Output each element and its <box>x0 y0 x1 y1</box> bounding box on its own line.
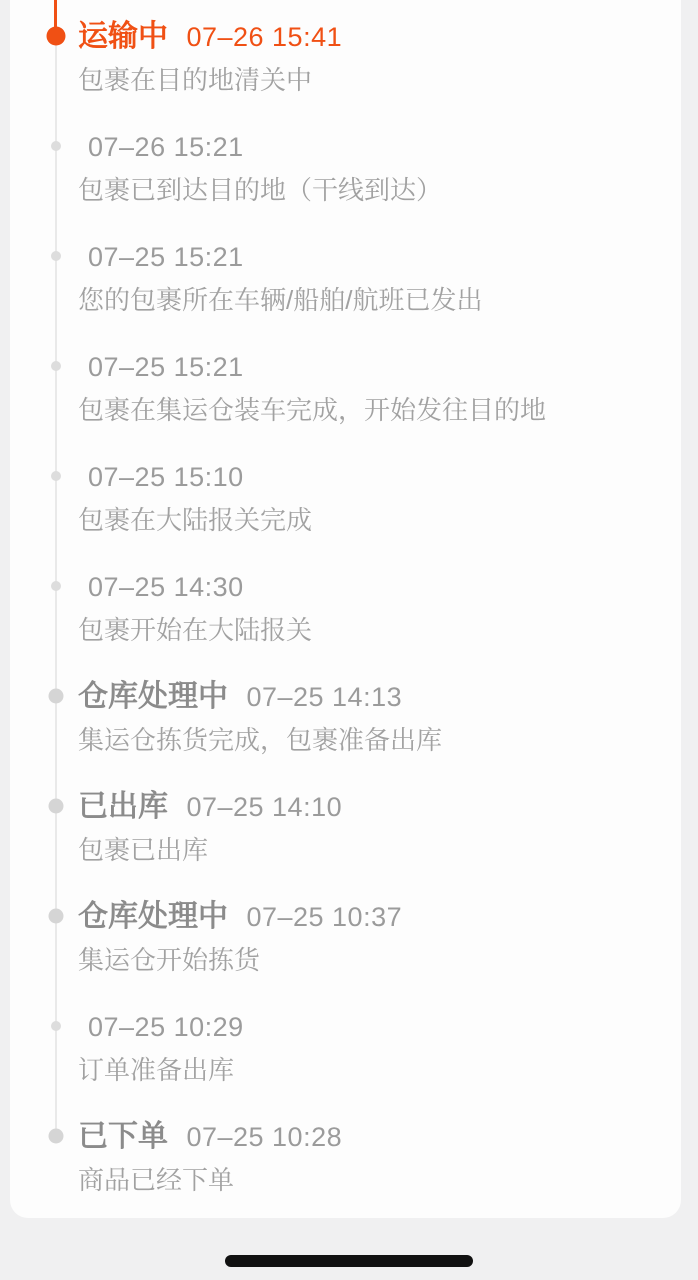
timeline-entry: 07–26 15:21 包裹已到达目的地（干线到达） <box>10 132 681 242</box>
entry-description: 集运仓开始拣货 <box>78 946 661 974</box>
entry-timestamp: 07–26 15:41 <box>186 22 342 52</box>
entry-description: 包裹在集运仓装车完成，开始发往目的地 <box>78 396 661 424</box>
timeline-entry: 07–25 14:30 包裹开始在大陆报关 <box>10 572 681 682</box>
entry-timestamp: 07–25 14:30 <box>88 572 244 602</box>
timeline-entry: 运输中 07–26 15:41 包裹在目的地清关中 <box>10 22 681 132</box>
entry-description: 集运仓拣货完成，包裹准备出库 <box>78 726 661 754</box>
entry-head: 07–25 14:30 <box>78 572 661 607</box>
entry-timestamp: 07–25 14:10 <box>186 792 342 822</box>
timeline-dot <box>51 251 61 261</box>
entry-timestamp: 07–26 15:21 <box>88 132 244 162</box>
timeline-entry: 07–25 15:21 包裹在集运仓装车完成，开始发往目的地 <box>10 352 681 462</box>
entry-description: 包裹在目的地清关中 <box>78 66 661 94</box>
entry-description: 包裹开始在大陆报关 <box>78 616 661 644</box>
entry-timestamp: 07–25 15:21 <box>88 242 244 272</box>
entry-head: 07–26 15:21 <box>78 132 661 167</box>
entry-head: 运输中 07–26 15:41 <box>78 22 661 57</box>
entry-content: 07–26 15:21 包裹已到达目的地（干线到达） <box>10 132 681 204</box>
timeline-dot <box>49 1129 64 1144</box>
entry-status-label: 已出库 <box>78 790 168 823</box>
timeline-entry: 仓库处理中 07–25 14:13 集运仓拣货完成，包裹准备出库 <box>10 682 681 792</box>
timeline-entry: 已下单 07–25 10:28 商品已经下单 <box>10 1122 681 1218</box>
entry-head: 07–25 15:21 <box>78 242 661 277</box>
timeline-dot <box>51 471 61 481</box>
entry-content: 07–25 15:10 包裹在大陆报关完成 <box>10 462 681 534</box>
timeline-entry: 仓库处理中 07–25 10:37 集运仓开始拣货 <box>10 902 681 1012</box>
entry-head: 已下单 07–25 10:28 <box>78 1122 661 1157</box>
timeline-dot <box>51 1021 61 1031</box>
entry-description: 商品已经下单 <box>78 1166 661 1194</box>
entry-head: 07–25 10:29 <box>78 1012 661 1047</box>
entry-content: 07–25 15:21 包裹在集运仓装车完成，开始发往目的地 <box>10 352 681 424</box>
entry-content: 仓库处理中 07–25 10:37 集运仓开始拣货 <box>10 902 681 974</box>
entry-description: 包裹已到达目的地（干线到达） <box>78 176 661 204</box>
entry-head: 07–25 15:21 <box>78 352 661 387</box>
entry-status-label: 运输中 <box>78 20 168 53</box>
tracking-card[interactable]: 运输中 07–26 15:41 包裹在目的地清关中 07–26 15:21 包裹… <box>10 0 681 1218</box>
entry-description: 您的包裹所在车辆/船舶/航班已发出 <box>78 286 661 314</box>
home-indicator-bar[interactable] <box>225 1255 473 1267</box>
entry-content: 运输中 07–26 15:41 包裹在目的地清关中 <box>10 22 681 94</box>
timeline-dot <box>49 689 64 704</box>
timeline-entry: 已出库 07–25 14:10 包裹已出库 <box>10 792 681 902</box>
timeline-entry: 07–25 15:10 包裹在大陆报关完成 <box>10 462 681 572</box>
entry-description: 包裹在大陆报关完成 <box>78 506 661 534</box>
entry-timestamp: 07–25 14:13 <box>246 682 402 712</box>
entry-status-label: 已下单 <box>78 1120 168 1153</box>
entry-status-label: 仓库处理中 <box>78 900 228 933</box>
timeline-dot <box>51 581 61 591</box>
entry-content: 仓库处理中 07–25 14:13 集运仓拣货完成，包裹准备出库 <box>10 682 681 754</box>
package-tracking-screen: 运输中 07–26 15:41 包裹在目的地清关中 07–26 15:21 包裹… <box>0 0 698 1280</box>
entry-content: 07–25 10:29 订单准备出库 <box>10 1012 681 1084</box>
entry-content: 07–25 15:21 您的包裹所在车辆/船舶/航班已发出 <box>10 242 681 314</box>
entry-timestamp: 07–25 10:37 <box>246 902 402 932</box>
entry-description: 订单准备出库 <box>78 1056 661 1084</box>
entry-head: 仓库处理中 07–25 10:37 <box>78 902 661 937</box>
entry-description: 包裹已出库 <box>78 836 661 864</box>
timeline-entry: 07–25 10:29 订单准备出库 <box>10 1012 681 1122</box>
entry-timestamp: 07–25 10:28 <box>186 1122 342 1152</box>
entry-timestamp: 07–25 15:10 <box>88 462 244 492</box>
timeline-entry: 07–25 15:21 您的包裹所在车辆/船舶/航班已发出 <box>10 242 681 352</box>
timeline-dot <box>49 799 64 814</box>
entry-head: 仓库处理中 07–25 14:13 <box>78 682 661 717</box>
timeline-dot <box>51 361 61 371</box>
tracking-timeline: 运输中 07–26 15:41 包裹在目的地清关中 07–26 15:21 包裹… <box>10 0 681 1218</box>
entry-content: 已下单 07–25 10:28 商品已经下单 <box>10 1122 681 1194</box>
entry-content: 07–25 14:30 包裹开始在大陆报关 <box>10 572 681 644</box>
timeline-dot <box>49 909 64 924</box>
entry-head: 07–25 15:10 <box>78 462 661 497</box>
timeline-dot <box>47 27 66 46</box>
entry-timestamp: 07–25 15:21 <box>88 352 244 382</box>
entry-head: 已出库 07–25 14:10 <box>78 792 661 827</box>
timeline-dot <box>51 141 61 151</box>
entry-status-label: 仓库处理中 <box>78 680 228 713</box>
entry-content: 已出库 07–25 14:10 包裹已出库 <box>10 792 681 864</box>
entry-timestamp: 07–25 10:29 <box>88 1012 244 1042</box>
